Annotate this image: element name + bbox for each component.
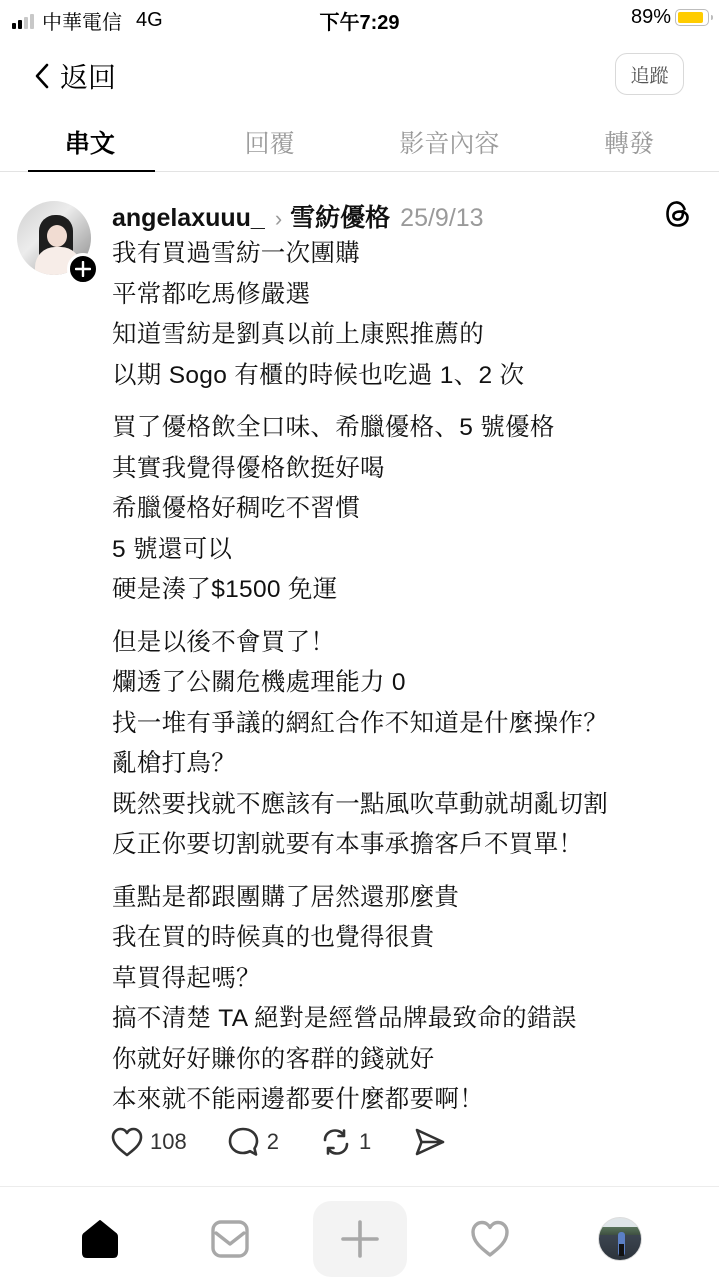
text-line: 以期 Sogo 有櫃的時候也吃過 1、2 次 [112,356,692,397]
text-line: 我在買的時候真的也覺得很貴 [112,918,692,959]
text-line: 草買得起嗎？ [112,959,692,1000]
chevron-right-icon: › [275,206,282,232]
mail-icon [209,1219,251,1259]
text-line: 重點是都跟團購了居然還那麼貴 [112,878,692,919]
heart-icon [469,1219,511,1259]
text-line: 我有買過雪紡一次團購 [112,234,692,275]
follow-button[interactable]: 追蹤 [615,53,684,95]
text-line: 買了優格飲全口味、希臘優格、5 號優格 [112,408,692,449]
text-line: 找一堆有爭議的網紅合作不知道是什麼操作？ [112,704,692,745]
status-right: 89% [631,6,709,29]
text-line: 5 號還可以 [112,530,692,571]
back-button[interactable]: 返回 [34,56,116,96]
repost-icon [319,1126,353,1158]
top-header: 返回 追蹤 [0,50,719,100]
follow-plus-button[interactable] [67,253,99,285]
repost-button[interactable]: 1 [319,1126,371,1158]
tab-replies[interactable]: 回覆 [180,112,360,171]
back-label: 返回 [60,56,116,96]
text-line: 反正你要切割就要有本事承擔客戶不買單！ [112,825,692,866]
profile-tabs: 串文 回覆 影音內容 轉發 [0,112,719,172]
text-line: 硬是湊了$1500 免運 [112,570,692,611]
text-line: 搞不清楚 TA 絕對是經營品牌最致命的錯誤 [112,999,692,1040]
battery-percent: 89% [631,6,671,29]
nav-activity[interactable] [443,1201,537,1277]
battery-level [678,12,703,23]
text-line: 本來就不能兩邊都要什麼都要啊！ [112,1080,692,1121]
text-line: 爛透了公關危機處理能力 0 [112,663,692,704]
nav-create[interactable] [313,1201,407,1277]
reply-count: 2 [267,1129,279,1155]
like-button[interactable]: 108 [110,1126,187,1158]
battery-icon [675,9,709,26]
comment-icon [227,1126,261,1158]
nav-inbox[interactable] [183,1201,277,1277]
profile-avatar [598,1217,642,1261]
username-link[interactable]: angelaxuuu_ [112,204,265,233]
share-button[interactable] [413,1126,447,1158]
status-bar: 中華電信 4G 下午7:29 89% [0,0,719,38]
plus-icon [340,1219,380,1259]
topic-tag-link[interactable]: 雪紡優格 [290,198,390,234]
text-line: 但是以後不會買了！ [112,623,692,664]
paragraph: 我有買過雪紡一次團購 平常都吃馬修嚴選 知道雪紡是劉真以前上康熙推薦的 以期 S… [112,234,692,396]
tab-threads[interactable]: 串文 [0,112,180,171]
text-line: 你就好好賺你的客群的錢就好 [112,1040,692,1081]
like-count: 108 [150,1129,187,1155]
tab-media[interactable]: 影音內容 [360,112,540,171]
home-icon [79,1218,121,1260]
text-line: 亂槍打鳥？ [112,744,692,785]
text-line: 既然要找就不應該有一點風吹草動就胡亂切割 [112,785,692,826]
author-avatar-wrap [17,201,95,279]
paragraph: 但是以後不會買了！ 爛透了公關危機處理能力 0 找一堆有爭議的網紅合作不知道是什… [112,623,692,866]
nav-home[interactable] [53,1201,147,1277]
send-icon [413,1126,447,1158]
clock: 下午7:29 [0,6,719,35]
post-header: angelaxuuu_ › 雪紡優格 25/9/13 [112,198,484,234]
tab-reposts[interactable]: 轉發 [539,112,719,171]
paragraph: 重點是都跟團購了居然還那麼貴 我在買的時候真的也覺得很貴 草買得起嗎？ 搞不清楚… [112,878,692,1121]
bottom-nav [0,1186,719,1280]
paragraph: 買了優格飲全口味、希臘優格、5 號優格 其實我覺得優格飲挺好喝 希臘優格好稠吃不… [112,408,692,611]
text-line: 知道雪紡是劉真以前上康熙推薦的 [112,315,692,356]
text-line: 平常都吃馬修嚴選 [112,275,692,316]
reply-button[interactable]: 2 [227,1126,279,1158]
text-line: 其實我覺得優格飲挺好喝 [112,449,692,490]
post-actions: 108 2 1 [110,1126,447,1158]
heart-icon [110,1126,144,1158]
repost-count: 1 [359,1129,371,1155]
threads-icon[interactable] [665,200,691,233]
post-date: 25/9/13 [400,204,483,233]
chevron-left-icon [34,63,50,89]
post-body: 我有買過雪紡一次團購 平常都吃馬修嚴選 知道雪紡是劉真以前上康熙推薦的 以期 S… [112,234,692,1133]
text-line: 希臘優格好稠吃不習慣 [112,489,692,530]
nav-profile[interactable] [573,1201,667,1277]
plus-icon [75,261,91,277]
